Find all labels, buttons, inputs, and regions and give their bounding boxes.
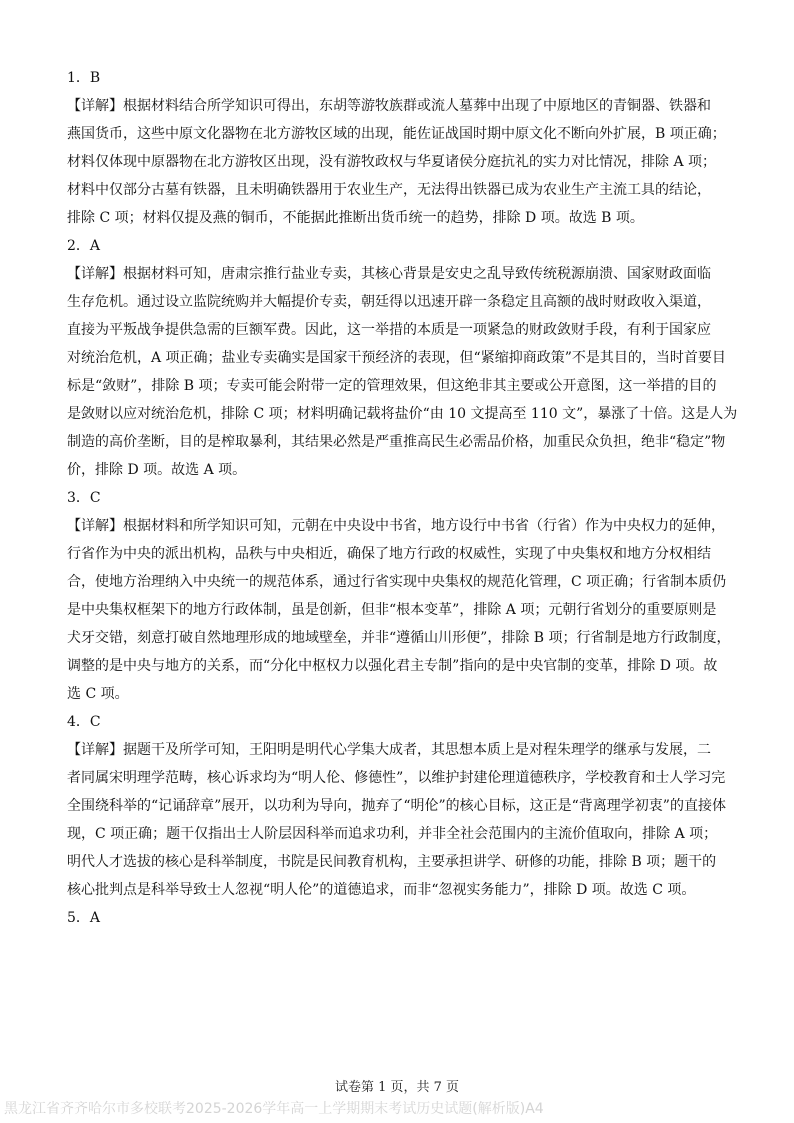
- answer-block-1: 1．B 【详解】根据材料结合所学知识可得出，东胡等游牧族群或流人墓葬中出现了中原…: [67, 64, 731, 232]
- document-watermark: 黑龙江省齐齐哈尔市多校联考2025-2026学年高一上学期期末考试历史试题(解析…: [4, 1098, 544, 1118]
- explanation-line: 【详解】根据材料结合所学知识可得出，东胡等游牧族群或流人墓葬中出现了中原地区的青…: [67, 92, 731, 120]
- answer-block-5: 5．A: [67, 904, 731, 932]
- explanation-line: 生存危机。通过设立监院统购并大幅提价专卖，朝廷得以迅速开辟一条稳定且高额的战时财…: [67, 288, 731, 316]
- page-number: 试卷第 1 页，共 7 页: [0, 1076, 794, 1095]
- explanation-line: 犬牙交错，刻意打破自然地理形成的地域壁垒，并非“遵循山川形便”，排除 B 项；行…: [67, 624, 731, 652]
- explanation-line: 是敛财以应对统治危机，排除 C 项；材料明确记载将盐价“由 10 文提高至 11…: [67, 400, 731, 428]
- explanation-line: 明代人才选拔的核心是科举制度，书院是民间教育机构，主要承担讲学、研修的功能，排除…: [67, 848, 731, 876]
- explanation-line: 【详解】根据材料和所学知识可知，元朝在中央设中书省，地方设行中书省（行省）作为中…: [67, 512, 731, 540]
- explanation-line: 核心批判点是科举导致士人忽视“明人伦”的道德追求，而非“忽视实务能力”，排除 D…: [67, 876, 731, 904]
- explanation-line: 者同属宋明理学范畴，核心诉求均为“明人伦、修德性”，以维护封建伦理道德秩序，学校…: [67, 764, 731, 792]
- explanation-line: 是中央集权框架下的地方行政体制，虽是创新，但非“根本变革”，排除 A 项；元朝行…: [67, 596, 731, 624]
- explanation-line: 【详解】根据材料可知，唐肃宗推行盐业专卖，其核心背景是安史之乱导致传统税源崩溃、…: [67, 260, 731, 288]
- explanation-line: 燕国货币，这些中原文化器物在北方游牧区域的出现，能佐证战国时期中原文化不断向外扩…: [67, 120, 731, 148]
- explanation-line: 价，排除 D 项。故选 A 项。: [67, 456, 731, 484]
- question-number: 4．C: [67, 708, 731, 736]
- explanation-line: 材料中仅部分古墓有铁器，且未明确铁器用于农业生产，无法得出铁器已成为农业生产主流…: [67, 176, 731, 204]
- question-number: 1．B: [67, 64, 731, 92]
- explanation-line: 直接为平叛战争提供急需的巨额军费。因此，这一举措的本质是一项紧急的财政敛财手段，…: [67, 316, 731, 344]
- explanation-line: 选 C 项。: [67, 680, 731, 708]
- question-number: 2．A: [67, 232, 731, 260]
- answer-block-4: 4．C 【详解】据题干及所学可知，王阳明是明代心学集大成者，其思想本质上是对程朱…: [67, 708, 731, 904]
- explanation-line: 标是“敛财”，排除 B 项；专卖可能会附带一定的管理效果，但这绝非其主要或公开意…: [67, 372, 731, 400]
- question-number: 5．A: [67, 904, 731, 932]
- explanation-line: 调整的是中央与地方的关系，而“分化中枢权力以强化君主专制”指向的是中央官制的变革…: [67, 652, 731, 680]
- explanation-line: 全围绕科举的“记诵辞章”展开，以功利为导向，抛弃了“明伦”的核心目标，这正是“背…: [67, 792, 731, 820]
- explanation-line: 排除 C 项；材料仅提及燕的铜币，不能据此推断出货币统一的趋势，排除 D 项。故…: [67, 204, 731, 232]
- question-number: 3．C: [67, 484, 731, 512]
- explanation-line: 制造的高价垄断，目的是榨取暴利，其结果必然是严重推高民生必需品价格，加重民众负担…: [67, 428, 731, 456]
- explanation-line: 对统治危机，A 项正确；盐业专卖确实是国家干预经济的表现，但“紧缩抑商政策”不是…: [67, 344, 731, 372]
- answer-block-3: 3．C 【详解】根据材料和所学知识可知，元朝在中央设中书省，地方设行中书省（行省…: [67, 484, 731, 708]
- explanation-line: 材料仅体现中原器物在北方游牧区出现，没有游牧政权与华夏诸侯分庭抗礼的实力对比情况…: [67, 148, 731, 176]
- answer-block-2: 2．A 【详解】根据材料可知，唐肃宗推行盐业专卖，其核心背景是安史之乱导致传统税…: [67, 232, 731, 484]
- explanation-line: 现，C 项正确；题干仅指出士人阶层因科举而追求功利，并非全社会范围内的主流价值取…: [67, 820, 731, 848]
- explanation-line: 行省作为中央的派出机构，品秩与中央相近，确保了地方行政的权威性，实现了中央集权和…: [67, 540, 731, 568]
- explanation-line: 【详解】据题干及所学可知，王阳明是明代心学集大成者，其思想本质上是对程朱理学的继…: [67, 736, 731, 764]
- explanation-line: 合，使地方治理纳入中央统一的规范体系，通过行省实现中央集权的规范化管理，C 项正…: [67, 568, 731, 596]
- document-body: 1．B 【详解】根据材料结合所学知识可得出，东胡等游牧族群或流人墓葬中出现了中原…: [67, 64, 731, 932]
